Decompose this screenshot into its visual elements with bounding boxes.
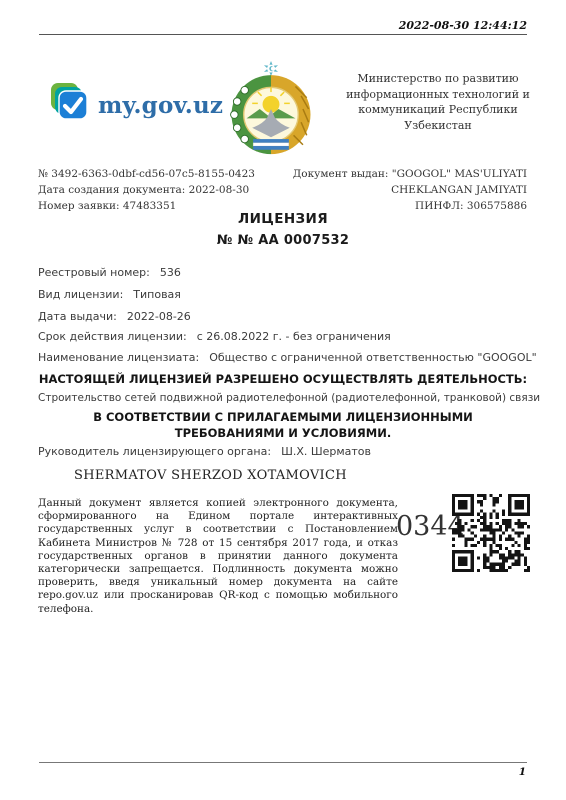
conditions-heading: В СООТВЕТСТВИИ С ПРИЛАГАЕМЫМИ ЛИЦЕНЗИОНН… [60,410,506,441]
header-rule [39,34,527,35]
head-official-value: Ш.Х. Шерматов [281,445,371,458]
license-document-page: 2022-08-30 12:44:12 my.gov.uz [0,0,566,800]
document-issued-to: Документ выдан: "GOOGOL" MAS'ULIYATI CHE… [249,167,527,199]
footer-rule [39,762,527,763]
issue-date-value: 2022-08-26 [127,310,191,323]
licensee-value: Общество с ограниченной ответственностью… [209,351,536,364]
issue-date-row: Дата выдачи:2022-08-26 [38,310,191,323]
document-id: № 3492-6363-0dbf-cd56-07c5-8155-0423 [38,167,255,183]
license-type-label: Вид лицензии: [38,288,123,301]
permission-heading: НАСТОЯЩЕЙ ЛИЦЕНЗИЕЙ РАЗРЕШЕНО ОСУЩЕСТВЛЯ… [38,372,528,388]
validity-label: Срок действия лицензии: [38,330,187,343]
disclaimer-text: Данный документ является копией электрон… [38,497,398,616]
license-number: № № АА 0007532 [0,233,566,248]
mygov-logo: my.gov.uz [48,82,223,128]
validity-value: с 26.08.2022 г. - без ограничения [197,330,391,343]
registry-number-row: Реестровый номер:536 [38,266,181,279]
licensed-activity: Строительство сетей подвижной радиотелеф… [38,392,540,404]
mygov-logo-text: my.gov.uz [98,92,223,119]
document-meta-right: Документ выдан: "GOOGOL" MAS'ULIYATI CHE… [249,167,527,214]
qr-code [452,494,530,572]
issue-date-label: Дата выдачи: [38,310,117,323]
document-title: ЛИЦЕНЗИЯ [0,211,566,227]
mygov-checkmark-icon [48,82,90,128]
license-type-value: Типовая [133,288,181,301]
licensee-row: Наименование лицензиата:Общество с огран… [38,351,537,364]
uzbekistan-emblem-icon [224,60,318,162]
licensee-label: Наименование лицензиата: [38,351,199,364]
ministry-name: Министерство по развитию информационных … [338,71,538,133]
document-meta-left: № 3492-6363-0dbf-cd56-07c5-8155-0423 Дат… [38,167,255,214]
document-created-date: Дата создания документа: 2022-08-30 [38,183,255,199]
head-official-row: Руководитель лицензирующего органа:Ш.Х. … [38,445,371,458]
registry-number-label: Реестровый номер: [38,266,150,279]
head-official-label: Руководитель лицензирующего органа: [38,445,271,458]
signatory-name: SHERMATOV SHERZOD XOTAMOVICH [74,468,347,483]
print-timestamp: 2022-08-30 12:44:12 [399,19,527,32]
validity-row: Срок действия лицензии:с 26.08.2022 г. -… [38,330,391,343]
registry-number-value: 536 [160,266,181,279]
license-type-row: Вид лицензии:Типовая [38,288,181,301]
page-number: 1 [519,766,526,778]
